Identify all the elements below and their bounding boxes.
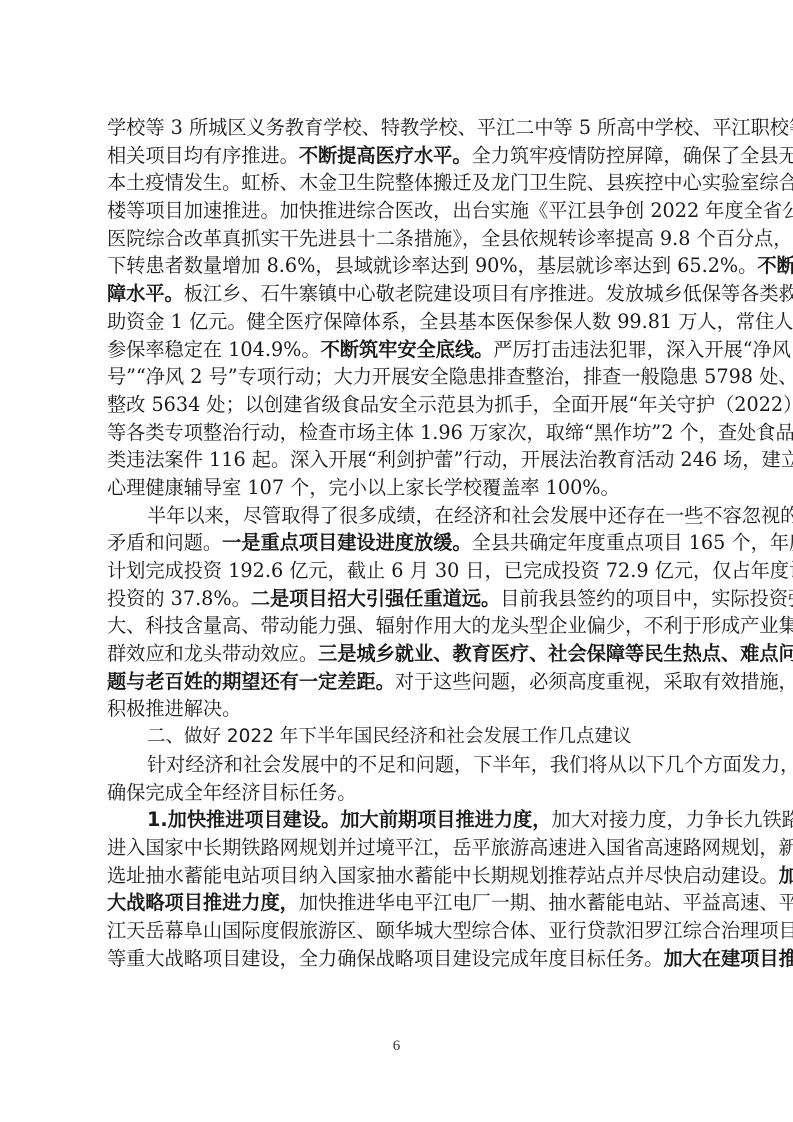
text-segment: 学校等 3 所城区义务教育学校、特教学校、平江二中等 5 所高中学校、平江职校等 [107,116,793,139]
text-segment: 严厉打击违法犯罪，深入开展“净风 1 [493,338,793,361]
page-number: 6 [0,1038,793,1055]
text-line: 群效应和龙头带动效应。三是城乡就业、教育医疗、社会保障等民生热点、难点问 [107,640,687,668]
text-line: 类违法案件 116 起。深入开展“利剑护蕾”行动，开展法治教育活动 246 场，… [107,446,687,474]
text-segment: 板江乡、石牛寨镇中心敬老院建设项目有序推进。发放城乡低保等各类救 [184,282,793,305]
text-segment: 医院综合改革真抓实干先进县十二条措施》，全县依规转诊率提高 9.8 个百分点， [107,227,793,250]
text-segment: 相关项目均有序推进。 [107,144,299,167]
text-segment: 目前我县签约的项目中，实际投资强度 [500,587,793,610]
document-body: 学校等 3 所城区义务教育学校、特教学校、平江二中等 5 所高中学校、平江职校等… [107,114,687,972]
bold-phrase: 加大在建项目推 [663,947,793,970]
text-segment: 楼等项目加速推进。加快推进综合医改，出台实施《平江县争创 2022 年度全省公立 [107,199,793,222]
text-segment: 心理健康辅导室 107 个，完小以上家长学校覆盖率 100%。 [107,476,620,499]
text-segment: 半年以来，尽管取得了很多成绩，在经济和社会发展中还存在一些不容忽视的 [147,504,793,527]
text-line: 计划完成投资 192.6 亿元，截止 6 月 30 日，已完成投资 72.9 亿… [107,557,687,585]
text-line: 号”“净风 2 号”专项行动；大力开展安全隐患排查整治，排查一般隐患 5798 … [107,363,687,391]
text-line: 整改 5634 处；以创建省级食品安全示范县为抓手，全面开展“年关守护（2022… [107,391,687,419]
text-line: 障水平。板江乡、石牛寨镇中心敬老院建设项目有序推进。发放城乡低保等各类救 [107,280,687,308]
text-line: 选址抽水蓄能电站项目纳入国家抽水蓄能中长期规划推荐站点并尽快启动建设。加 [107,862,687,890]
text-segment: 大、科技含量高、带动能力强、辐射作用大的龙头型企业偏少，不利于形成产业集 [107,614,793,637]
bold-phrase: 1.加快推进项目建设。加大前期项目推进力度， [147,808,551,831]
text-segment: 号”“净风 2 号”专项行动；大力开展安全隐患排查整治，排查一般隐患 5798 … [107,365,793,388]
text-segment: 江天岳幕阜山国际度假旅游区、颐华城大型综合体、亚行贷款汨罗江综合治理项目 [107,919,793,942]
bold-phrase: 不断提升保 [757,254,793,277]
text-line: 等重大战略项目建设，全力确保战略项目建设完成年度目标任务。加大在建项目推 [107,945,687,973]
text-segment: 等重大战略项目建设，全力确保战略项目建设完成年度目标任务。 [107,947,663,970]
text-line: 江天岳幕阜山国际度假旅游区、颐华城大型综合体、亚行贷款汨罗江综合治理项目 [107,917,687,945]
bold-phrase: 三是城乡就业、教育医疗、社会保障等民生热点、难点问 [318,642,793,665]
text-segment: 投资的 37.8%。 [107,587,251,610]
text-line: 进入国家中长期铁路网规划并过境平江，岳平旅游高速进入国省高速路网规划，新 [107,834,687,862]
text-line: 助资金 1 亿元。健全医疗保障体系，全县基本医保参保人数 99.81 万人，常住… [107,308,687,336]
text-line: 楼等项目加速推进。加快推进综合医改，出台实施《平江县争创 2022 年度全省公立 [107,197,687,225]
text-line: 大战略项目推进力度，加快推进华电平江电厂一期、抽水蓄能电站、平益高速、平 [107,889,687,917]
text-segment: 本土疫情发生。虹桥、木金卫生院整体搬迁及龙门卫生院、县疾控中心实验室综合 [107,171,793,194]
text-segment: 参保率稳定在 104.9%。 [107,338,321,361]
bold-phrase: 不断提高医疗水平。 [299,144,472,167]
text-line: 投资的 37.8%。二是项目招大引强任重道远。目前我县签约的项目中，实际投资强度 [107,585,687,613]
text-line: 矛盾和问题。一是重点项目建设进度放缓。全县共确定年度重点项目 165 个，年度 [107,529,687,557]
bold-phrase: 加 [779,864,793,887]
text-segment: 进入国家中长期铁路网规划并过境平江，岳平旅游高速进入国省高速路网规划，新 [107,836,793,859]
text-segment: 确保完成全年经济目标任务。 [107,781,356,804]
text-segment: 助资金 1 亿元。健全医疗保障体系，全县基本医保参保人数 99.81 万人，常住… [107,310,793,333]
document-page: 学校等 3 所城区义务教育学校、特教学校、平江二中等 5 所高中学校、平江职校等… [0,0,793,1122]
text-line: 大、科技含量高、带动能力强、辐射作用大的龙头型企业偏少，不利于形成产业集 [107,612,687,640]
text-line: 针对经济和社会发展中的不足和问题，下半年，我们将从以下几个方面发力， [107,751,687,779]
text-segment: 针对经济和社会发展中的不足和问题，下半年，我们将从以下几个方面发力， [147,753,793,776]
text-line: 下转患者数量增加 8.6%，县域就诊率达到 90%，基层就诊率达到 65.2%。… [107,252,687,280]
text-line: 参保率稳定在 104.9%。不断筑牢安全底线。严厉打击违法犯罪，深入开展“净风 … [107,336,687,364]
text-line: 等各类专项整治行动，检查市场主体 1.96 万家次，取缔“黑作坊”2 个，查处食… [107,419,687,447]
text-line: 题与老百姓的期望还有一定差距。对于这些问题，必须高度重视，采取有效措施， [107,668,687,696]
bold-phrase: 题与老百姓的期望还有一定差距。 [107,670,395,693]
text-segment: 类违法案件 116 起。深入开展“利剑护蕾”行动，开展法治教育活动 246 场，… [107,448,793,471]
text-line: 学校等 3 所城区义务教育学校、特教学校、平江二中等 5 所高中学校、平江职校等 [107,114,687,142]
text-line: 相关项目均有序推进。不断提高医疗水平。全力筑牢疫情防控屏障，确保了全县无 [107,142,687,170]
section-heading: 二、做好 2022 年下半年国民经济和社会发展工作几点建议 [107,723,687,751]
bold-phrase: 不断筑牢安全底线。 [321,338,494,361]
text-line: 半年以来，尽管取得了很多成绩，在经济和社会发展中还存在一些不容忽视的 [107,502,687,530]
bold-phrase: 一是重点项目建设进度放缓。 [222,531,471,554]
text-segment: 计划完成投资 192.6 亿元，截止 6 月 30 日，已完成投资 72.9 亿… [107,559,793,582]
text-segment: 矛盾和问题。 [107,531,222,554]
text-line: 1.加快推进项目建设。加大前期项目推进力度，加大对接力度，力争长九铁路 [107,806,687,834]
text-line: 心理健康辅导室 107 个，完小以上家长学校覆盖率 100%。 [107,474,687,502]
text-segment: 加大对接力度，力争长九铁路 [551,808,793,831]
text-segment: 全县共确定年度重点项目 165 个，年度 [472,531,793,554]
text-line: 确保完成全年经济目标任务。 [107,779,687,807]
text-segment: 等各类专项整治行动，检查市场主体 1.96 万家次，取缔“黑作坊”2 个，查处食… [107,421,793,444]
text-line: 积极推进解决。 [107,695,687,723]
text-segment: 选址抽水蓄能电站项目纳入国家抽水蓄能中长期规划推荐站点并尽快启动建设。 [107,864,779,887]
text-segment: 加快推进华电平江电厂一期、抽水蓄能电站、平益高速、平 [299,891,793,914]
bold-phrase: 大战略项目推进力度， [107,891,299,914]
text-segment: 二、做好 2022 年下半年国民经济和社会发展工作几点建议 [147,726,631,747]
text-segment: 整改 5634 处；以创建省级食品安全示范县为抓手，全面开展“年关守护（2022… [107,393,793,416]
text-line: 医院综合改革真抓实干先进县十二条措施》，全县依规转诊率提高 9.8 个百分点， [107,225,687,253]
text-segment: 全力筑牢疫情防控屏障，确保了全县无 [472,144,793,167]
text-segment: 积极推进解决。 [107,697,241,720]
text-line: 本土疫情发生。虹桥、木金卫生院整体搬迁及龙门卫生院、县疾控中心实验室综合 [107,169,687,197]
text-segment: 对于这些问题，必须高度重视，采取有效措施， [395,670,793,693]
text-segment: 群效应和龙头带动效应。 [107,642,318,665]
text-segment: 下转患者数量增加 8.6%，县域就诊率达到 90%，基层就诊率达到 65.2%。 [107,254,757,277]
bold-phrase: 障水平。 [107,282,184,305]
bold-phrase: 二是项目招大引强任重道远。 [251,587,500,610]
